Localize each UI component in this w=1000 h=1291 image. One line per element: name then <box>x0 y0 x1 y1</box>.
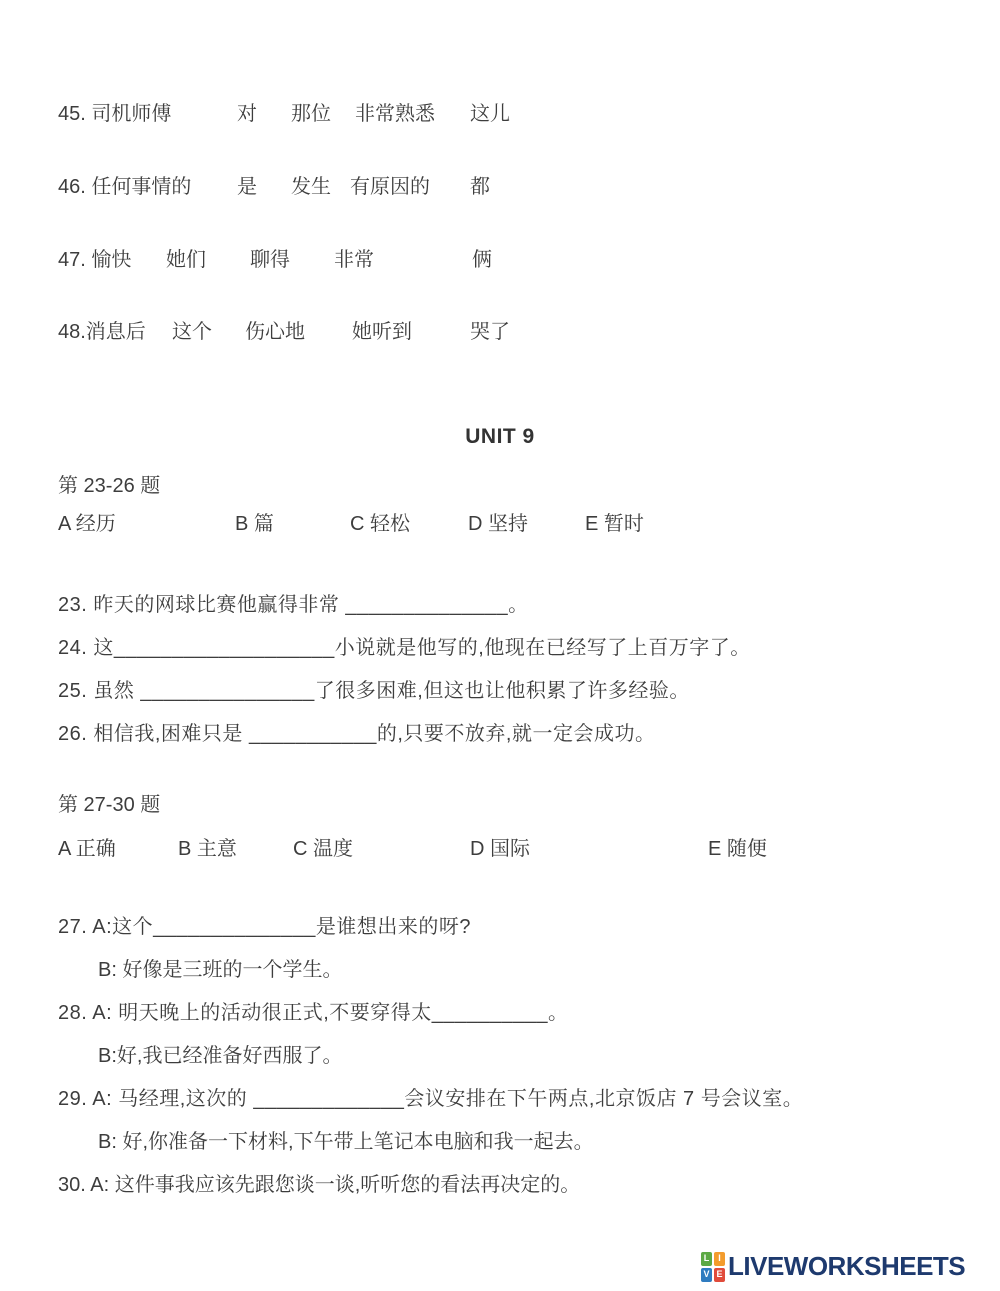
scramble-word[interactable]: 对 <box>237 97 257 126</box>
scramble-word[interactable]: 她听到 <box>352 315 412 344</box>
dialogue-27-a[interactable]: 27. A:这个______________是谁想出来的呀? <box>58 910 471 939</box>
word-bank-27-30: A 正确 B 主意 C 温度 D 国际 E 随便 <box>0 832 1000 860</box>
scramble-word[interactable]: 那位 <box>291 97 331 126</box>
scramble-word[interactable]: 哭了 <box>470 315 510 344</box>
scramble-word[interactable]: 俩 <box>472 243 492 272</box>
bank-option-e: E 随便 <box>708 832 767 861</box>
bank-option-d: D 坚持 <box>468 507 528 536</box>
bank-option-d: D 国际 <box>470 832 530 861</box>
logo-tile-l: L <box>701 1252 712 1266</box>
section-heading-27-30: 第 27-30 题 <box>58 788 160 817</box>
dialogue-30-a: 30. A: 这件事我应该先跟您谈一谈,听听您的看法再决定的。 <box>58 1168 580 1197</box>
scramble-word[interactable]: 都 <box>470 170 490 199</box>
question-26[interactable]: 26. 相信我,困难只是 ___________的,只要不放弃,就一定会成功。 <box>58 717 655 746</box>
scramble-lead: 48.消息后 <box>58 315 146 344</box>
question-25[interactable]: 25. 虽然 _______________了很多困难,但这也让他积累了许多经验… <box>58 674 690 703</box>
liveworksheets-wordmark: LIVEWORKSHEETS <box>728 1251 965 1282</box>
section-heading-23-26: 第 23-26 题 <box>58 469 160 498</box>
scramble-row-47: 47. 愉快 她们 聊得 非常 俩 <box>0 243 1000 271</box>
logo-tile-i: I <box>714 1252 725 1266</box>
scramble-lead: 46. 任何事情的 <box>58 170 191 199</box>
scramble-word[interactable]: 她们 <box>166 243 206 272</box>
dialogue-28-a[interactable]: 28. A: 明天晚上的活动很正式,不要穿得太__________。 <box>58 996 569 1025</box>
word-bank-23-26: A 经历 B 篇 C 轻松 D 坚持 E 暂时 <box>0 507 1000 535</box>
scramble-lead: 45. 司机师傅 <box>58 97 171 126</box>
scramble-word[interactable]: 伤心地 <box>245 315 305 344</box>
scramble-word[interactable]: 聊得 <box>250 243 290 272</box>
scramble-word[interactable]: 这个 <box>172 315 212 344</box>
liveworksheets-logo[interactable]: L I V E LIVEWORKSHEETS <box>701 1251 965 1282</box>
logo-tile-v: V <box>701 1268 712 1282</box>
bank-option-b: B 主意 <box>178 832 237 861</box>
liveworksheets-logo-icon: L I V E <box>701 1252 725 1282</box>
bank-option-c: C 温度 <box>293 832 353 861</box>
scramble-word[interactable]: 发生 <box>291 170 331 199</box>
worksheet-page: 45. 司机师傅 对 那位 非常熟悉 这儿 46. 任何事情的 是 发生 有原因… <box>0 0 1000 1291</box>
scramble-lead: 47. 愉快 <box>58 243 131 272</box>
question-23[interactable]: 23. 昨天的网球比赛他赢得非常 ______________。 <box>58 588 529 617</box>
logo-tile-e: E <box>714 1268 725 1282</box>
dialogue-27-b: B: 好像是三班的一个学生。 <box>98 953 342 982</box>
bank-option-a: A 正确 <box>58 832 116 861</box>
question-24[interactable]: 24. 这___________________小说就是他写的,他现在已经写了上… <box>58 631 751 660</box>
scramble-row-48: 48.消息后 这个 伤心地 她听到 哭了 <box>0 315 1000 343</box>
scramble-word[interactable]: 这儿 <box>470 97 510 126</box>
dialogue-29-a[interactable]: 29. A: 马经理,这次的 _____________会议安排在下午两点,北京… <box>58 1082 803 1111</box>
scramble-word[interactable]: 有原因的 <box>350 170 430 199</box>
unit-title: UNIT 9 <box>0 425 1000 449</box>
dialogue-28-b: B:好,我已经准备好西服了。 <box>98 1039 342 1068</box>
scramble-word[interactable]: 是 <box>237 170 257 199</box>
scramble-row-46: 46. 任何事情的 是 发生 有原因的 都 <box>0 170 1000 198</box>
bank-option-a: A 经历 <box>58 507 116 536</box>
scramble-word[interactable]: 非常 <box>334 243 374 272</box>
dialogue-29-b: B: 好,你准备一下材料,下午带上笔记本电脑和我一起去。 <box>98 1125 594 1154</box>
scramble-word[interactable]: 非常熟悉 <box>355 97 435 126</box>
scramble-row-45: 45. 司机师傅 对 那位 非常熟悉 这儿 <box>0 97 1000 125</box>
bank-option-e: E 暂时 <box>585 507 644 536</box>
bank-option-b: B 篇 <box>235 507 274 536</box>
bank-option-c: C 轻松 <box>350 507 410 536</box>
